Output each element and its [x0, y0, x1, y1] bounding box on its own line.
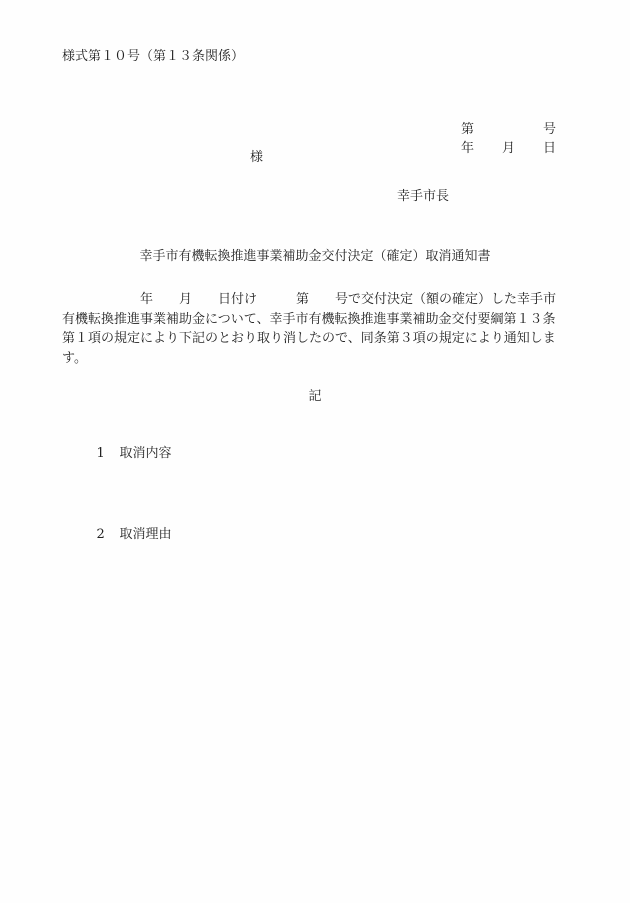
item-number: 1 [97, 446, 120, 462]
body-line: 年 月 日付け 第 号で交付決定（額の確定）した幸手市 [62, 290, 572, 310]
issuer-name: 幸手市長 [397, 189, 449, 205]
form-number: 様式第１０号（第１３条関係） [62, 49, 244, 65]
item-label: 取消理由 [120, 527, 172, 542]
body-paragraph: 年 月 日付け 第 号で交付決定（額の確定）した幸手市 有機転換推進事業補助金に… [62, 290, 572, 368]
item-number: 2 [97, 527, 120, 543]
date-month: 月 [502, 141, 515, 157]
body-line: す。 [62, 349, 572, 369]
document-title: 幸手市有機転換推進事業補助金交付決定（確定）取消通知書 [0, 249, 630, 265]
date-year: 年 [461, 141, 474, 157]
document-page: 様式第１０号（第１３条関係） 第 号 年 月 日 様 幸手市長 幸手市有機転換推… [0, 0, 630, 903]
item-cancellation-content: 1取消内容 [80, 430, 172, 478]
addressee-suffix: 様 [250, 150, 263, 166]
item-label: 取消内容 [120, 446, 172, 461]
item-cancellation-reason: 2取消理由 [80, 511, 172, 559]
body-line: 第１項の規定により下記のとおり取り消したので、同条第３項の規定により通知しま [62, 329, 572, 349]
date-day: 日 [543, 141, 556, 157]
document-date-row: 年 月 日 [461, 109, 556, 189]
ki-heading: 記 [0, 389, 630, 405]
body-line: 有機転換推進事業補助金について、幸手市有機転換推進事業補助金交付要綱第１３条 [62, 310, 572, 330]
